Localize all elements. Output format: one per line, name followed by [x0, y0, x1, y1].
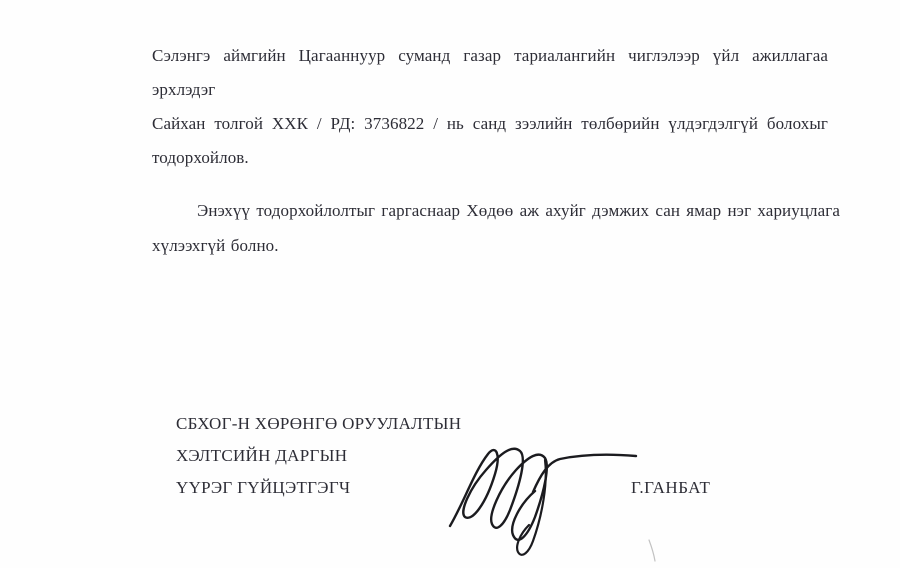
paragraph-line: Энэхүү тодорхойлолтыг гаргаснаар Хөдөө а… [152, 193, 840, 228]
paragraph-company-statement: Сэлэнгэ аймгийн Цагааннуур суманд газар … [152, 39, 828, 175]
paragraph-line: хүлээхгүй болно. [152, 228, 840, 263]
paragraph-line: тодорхойлов. [152, 141, 828, 175]
scanned-document-page: Сэлэнгэ аймгийн Цагааннуур суманд газар … [0, 0, 900, 568]
signer-name: Г.ГАНБАТ [631, 472, 710, 504]
paragraph-disclaimer: Энэхүү тодорхойлолтыг гаргаснаар Хөдөө а… [152, 193, 840, 263]
paragraph-line: Сэлэнгэ аймгийн Цагааннуур суманд газар … [152, 39, 828, 107]
paragraph-line: Сайхан толгой ХХК / РД: 3736822 / нь сан… [152, 107, 828, 141]
